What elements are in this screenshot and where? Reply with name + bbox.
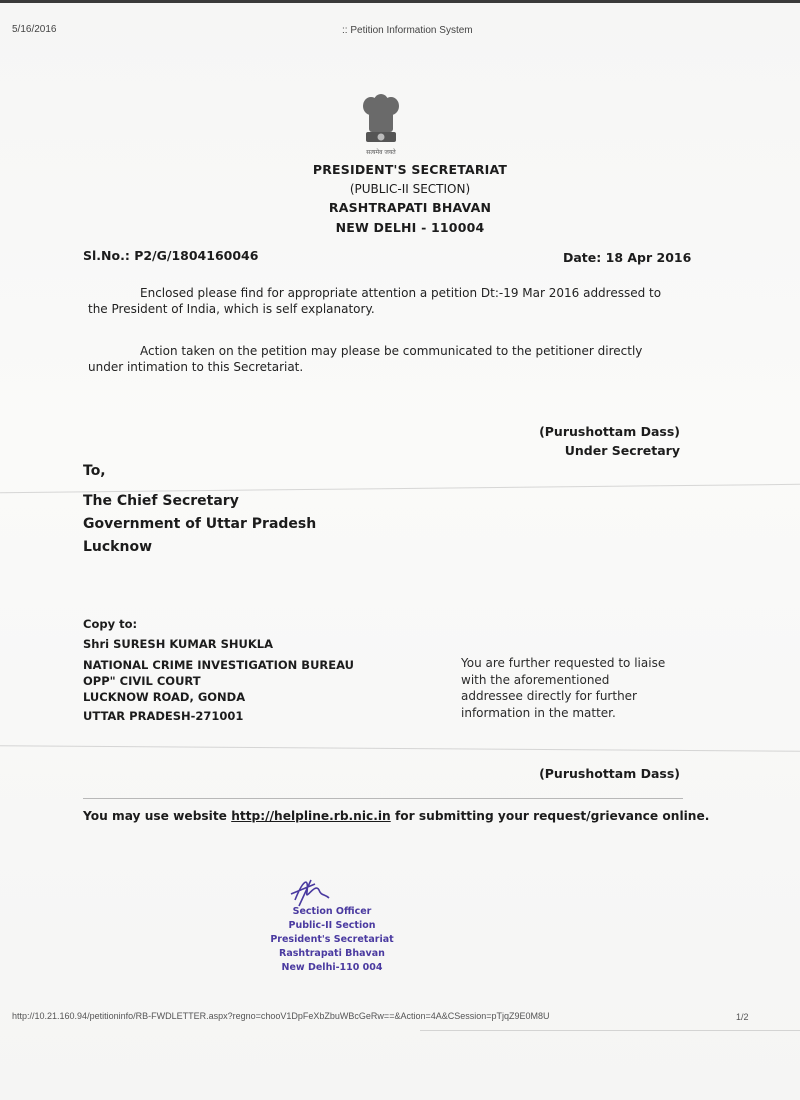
- stamp-line: Rashtrapati Bhavan: [262, 947, 402, 961]
- addressee-block: The Chief Secretary Government of Uttar …: [83, 490, 316, 559]
- copy-to-address: NATIONAL CRIME INVESTIGATION BUREAU OPP"…: [83, 657, 354, 705]
- addressee-line: The Chief Secretary: [83, 490, 316, 513]
- website-note: You may use website http://helpline.rb.n…: [83, 809, 709, 823]
- addressee-line: Government of Uttar Pradesh: [83, 513, 316, 536]
- website-note-prefix: You may use website: [83, 809, 231, 823]
- liaise-note: You are further requested to liaise with…: [461, 655, 665, 721]
- paper-fold-line: [420, 1030, 800, 1031]
- building-title: RASHTRAPATI BHAVAN: [250, 198, 570, 218]
- copy-to-name: Shri SURESH KUMAR SHUKLA: [83, 637, 273, 651]
- print-date: 5/16/2016: [12, 24, 57, 35]
- helpline-link[interactable]: http://helpline.rb.nic.in: [231, 809, 391, 823]
- office-stamp: Section Officer Public-II Section Presid…: [262, 905, 402, 975]
- stamp-line: Public-II Section: [262, 919, 402, 933]
- scanned-letter-page: 5/16/2016 :: Petition Information System…: [0, 0, 800, 1100]
- copy-to-state-pin: UTTAR PRADESH-271001: [83, 709, 243, 723]
- serial-label: Sl.No.:: [83, 248, 130, 263]
- print-title: :: Petition Information System: [342, 25, 473, 36]
- divider: [83, 798, 683, 799]
- note-line: information in the matter.: [461, 705, 665, 722]
- serial-value: P2/G/1804160046: [134, 248, 258, 263]
- address-line: NATIONAL CRIME INVESTIGATION BUREAU: [83, 657, 354, 673]
- print-footer-url: http://10.21.160.94/petitioninfo/RB-FWDL…: [12, 1011, 550, 1021]
- address-line: OPP" CIVIL COURT: [83, 673, 354, 689]
- signatory-designation: Under Secretary: [480, 441, 680, 460]
- addressee-line: Lucknow: [83, 536, 316, 559]
- section-title: (PUBLIC-II SECTION): [250, 180, 570, 198]
- website-note-suffix: for submitting your request/grievance on…: [391, 809, 710, 823]
- date-value: 18 Apr 2016: [606, 250, 692, 265]
- office-title: PRESIDENT'S SECRETARIAT: [250, 160, 570, 180]
- note-line: with the aforementioned: [461, 672, 665, 689]
- city-title: NEW DELHI - 110004: [250, 218, 570, 238]
- emblem-motto: सत्यमेव जयते: [366, 148, 396, 156]
- paper-fold-line: [0, 745, 800, 752]
- letterhead: PRESIDENT'S SECRETARIAT (PUBLIC-II SECTI…: [250, 160, 570, 238]
- signatory-name: (Purushottam Dass): [480, 422, 680, 441]
- serial-number: Sl.No.: P2/G/1804160046: [83, 248, 258, 263]
- body-paragraph-1: Enclosed please find for appropriate att…: [88, 285, 678, 317]
- scan-edge: [0, 0, 800, 3]
- date-label: Date:: [563, 250, 601, 265]
- signatory-block: (Purushottam Dass) Under Secretary: [480, 422, 680, 460]
- to-label: To,: [83, 460, 106, 483]
- copy-signatory-name: (Purushottam Dass): [480, 766, 680, 781]
- stamp-line: President's Secretariat: [262, 933, 402, 947]
- stamp-line: Section Officer: [262, 905, 402, 919]
- address-line: LUCKNOW ROAD, GONDA: [83, 689, 354, 705]
- letter-date: Date: 18 Apr 2016: [563, 250, 691, 265]
- note-line: addressee directly for further: [461, 688, 665, 705]
- national-emblem-icon: सत्यमेव जयते: [357, 92, 405, 158]
- copy-to-label: Copy to:: [83, 617, 137, 631]
- note-line: You are further requested to liaise: [461, 655, 665, 672]
- stamp-line: New Delhi-110 004: [262, 961, 402, 975]
- page-number: 1/2: [736, 1012, 749, 1022]
- body-paragraph-2: Action taken on the petition may please …: [88, 343, 648, 375]
